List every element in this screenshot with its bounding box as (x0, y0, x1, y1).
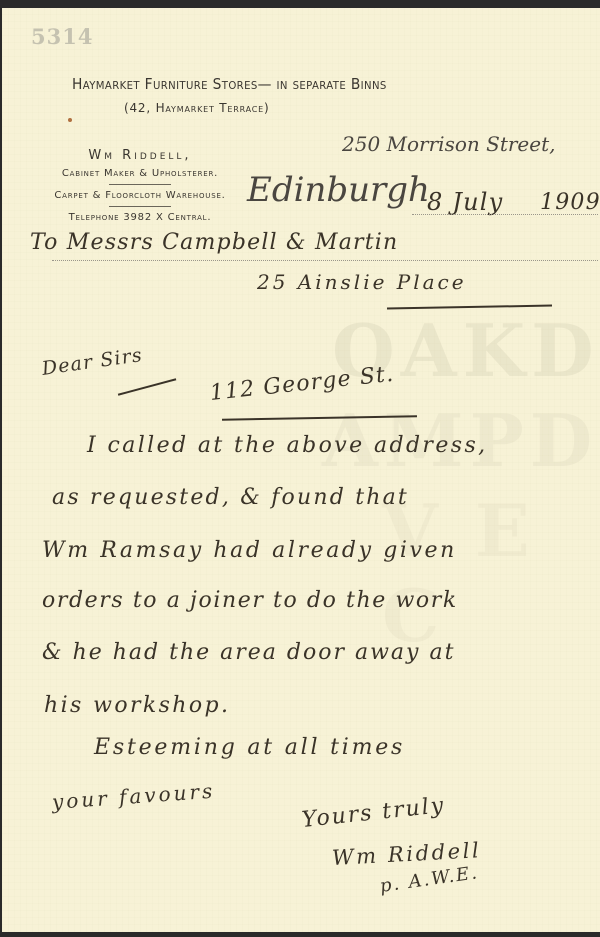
letter-date: 8 July (427, 188, 503, 216)
divider (109, 206, 171, 207)
letterhead-street: 250 Morrison Street, (342, 132, 555, 156)
trade-line: Carpet & Floorcloth Warehouse. (30, 187, 250, 204)
letter-year: 1909. (540, 190, 600, 215)
watermark: V E C (382, 488, 600, 658)
letter-paper: OAKD AMPD V E C 5314 Haymarket Furniture… (2, 8, 600, 932)
body-line: Wm Ramsay had already given (42, 538, 457, 563)
letterhead-title: Haymarket Furniture Stores— in separate … (72, 75, 387, 93)
recipient-rule (52, 260, 598, 262)
closing-line: Esteeming at all times (94, 735, 405, 760)
salutation: Dear Sirs (40, 344, 144, 380)
recipient-name: To Messrs Campbell & Martin (30, 230, 398, 255)
telephone-line: Telephone 3982 X Central. (30, 209, 250, 226)
body-line: & he had the area door away at (42, 640, 455, 665)
proprietor-name: Wm Riddell, (30, 148, 250, 163)
letterhead-city: Edinburgh (247, 170, 430, 210)
trade-line: Cabinet Maker & Upholsterer. (30, 165, 250, 182)
letterhead-subtitle: (42, Haymarket Terrace) (124, 101, 270, 115)
closing-line: your favours (51, 779, 216, 814)
recipient-address: 25 Ainslie Place (257, 270, 467, 294)
date-rule (412, 214, 598, 216)
salutation-underline (118, 378, 176, 395)
archive-stamp-number: 5314 (31, 24, 93, 49)
letterhead-proprietor-block: Wm Riddell, Cabinet Maker & Upholsterer.… (30, 148, 250, 226)
sign-off: Yours truly (301, 793, 447, 833)
body-line: orders to a joiner to do the work (42, 588, 458, 613)
body-line: as requested, & found that (52, 485, 409, 510)
signature-per: p. A.W.E. (379, 862, 481, 897)
body-line: I called at the above address, (87, 433, 488, 458)
divider (109, 184, 171, 185)
ink-spot (68, 118, 72, 122)
body-line: his workshop. (44, 693, 230, 718)
